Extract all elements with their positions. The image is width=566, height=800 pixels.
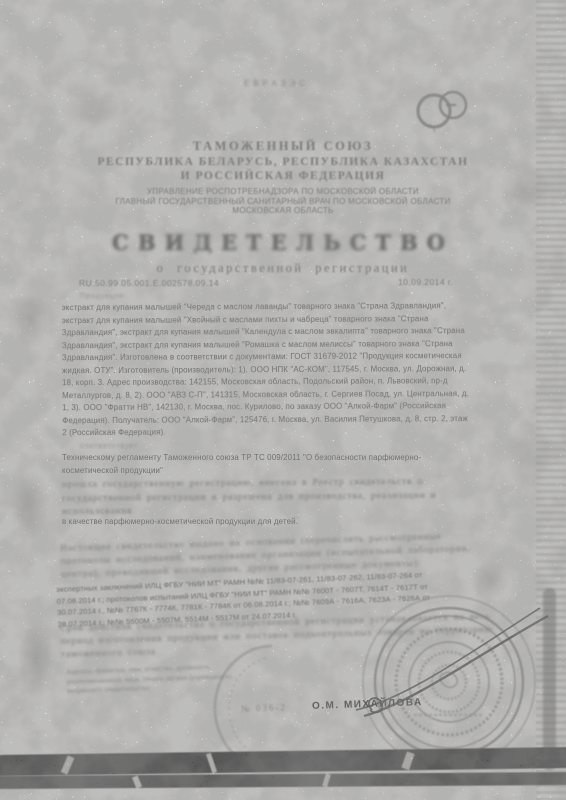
republics-line: РЕСПУБЛИКА БЕЛАРУСЬ, РЕСПУБЛИКА КАЗАХСТА… (43, 156, 523, 168)
scan-edge-smudge (543, 588, 556, 770)
rospotrebnadzor-line: УПРАВЛЕНИЕ РОСПОТРЕБНАДЗОРА ПО МОСКОВСКО… (43, 187, 523, 197)
customs-union-emblem-icon (406, 84, 482, 142)
product-label: Продукция: (80, 293, 127, 300)
signature-stroke (350, 590, 562, 750)
sanitary-doctor-line: ГЛАВНЫЙ ГОСУДАРСТВЕННЫЙ САНИТАРНЫЙ ВРАЧ … (43, 197, 523, 207)
scanned-certificate-page: ЕВРАЗЭС ТАМОЖЕННЫЙ СОЮЗ РЕСПУБЛИКА БЕЛАР… (0, 0, 566, 800)
blank-number: № 036-2 (241, 702, 287, 714)
registration-number: RU.50.99.05.001.Е.002578.09.14 (79, 278, 219, 288)
issue-date: 10.09.2014 г. (398, 277, 453, 287)
scan-smudge (18, 620, 54, 700)
scan-smudge (14, 290, 48, 350)
tech-regulation-block: Техническому регламенту Таможенного союз… (62, 452, 502, 477)
scan-artifact-band (0, 772, 566, 789)
compliance-label: соответствует (80, 443, 138, 450)
federation-line: И РОССИЙСКАЯ ФЕДЕРАЦИЯ (43, 170, 523, 182)
scan-smudge (60, 90, 120, 130)
product-description: экстракт для купания малышей "Череда с м… (62, 300, 517, 440)
certificate-title: СВИДЕТЕЛЬСТВО (43, 230, 523, 255)
certificate-subtitle: о государственной регистрации (43, 261, 523, 276)
product-purpose: в качестве парфюмерно-косметической прод… (62, 516, 502, 529)
registration-statement: прошла государственную регистрацию, внес… (62, 475, 532, 520)
product-line: 2 (Российская Федерация). (62, 425, 516, 440)
eurasec-watermark: ЕВРАЗЭС (244, 79, 384, 88)
moscow-region-line: МОСКОВСКАЯ ОБЛАСТЬ (43, 206, 523, 216)
title-block: СВИДЕТЕЛЬСТВО о государственной регистра… (43, 230, 523, 276)
document-header: ТАМОЖЕННЫЙ СОЮЗ РЕСПУБЛИКА БЕЛАРУСЬ, РЕС… (43, 139, 523, 216)
scan-smudge (10, 470, 50, 540)
tech-regulation-line: Техническому регламенту Таможенного союз… (62, 452, 502, 465)
customs-union-line: ТАМОЖЕННЫЙ СОЮЗ (43, 139, 523, 154)
